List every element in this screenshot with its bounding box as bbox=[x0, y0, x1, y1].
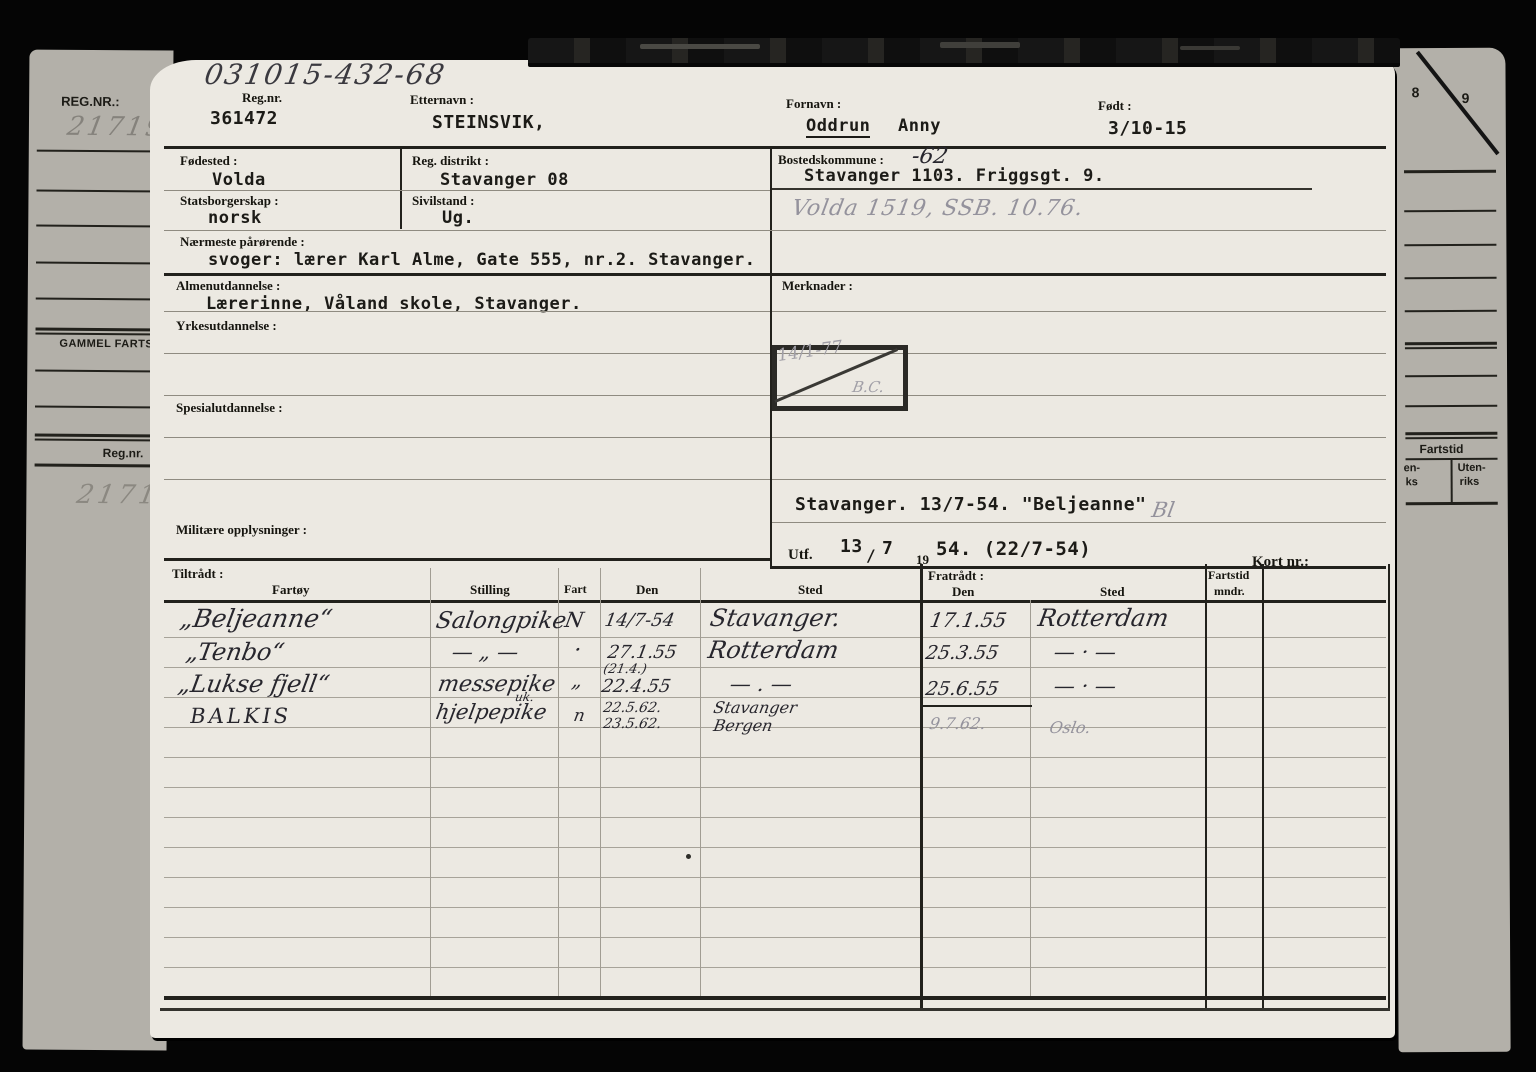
row1-sted: Stavanger. bbox=[708, 604, 843, 632]
cancellation-stamp-box: 14/1-77 B.C. bbox=[772, 345, 908, 411]
right-strip-utenriks-line1: Uten- bbox=[1458, 462, 1486, 474]
row2-fra-den: 25.3.55 bbox=[924, 642, 1000, 664]
utf-slash: / bbox=[866, 546, 876, 565]
row1-fra-den: 17.1.55 bbox=[928, 608, 1009, 632]
ink-dot bbox=[686, 854, 691, 859]
row3-den: 22.4.55 bbox=[600, 676, 672, 697]
table-ruled-lines bbox=[164, 608, 1386, 998]
divider bbox=[1451, 458, 1453, 502]
almenutdannelse-label: Almenutdannelse : bbox=[176, 278, 280, 294]
divider bbox=[36, 333, 168, 336]
row1-fra-sted: Rotterdam bbox=[1036, 604, 1171, 632]
row4-sted2: Bergen bbox=[712, 716, 774, 735]
table-header-stilling: Stilling bbox=[470, 582, 510, 598]
table-header-fartstid: Fartstid bbox=[1208, 568, 1249, 583]
stamp-date-pencil: 14/1-77 bbox=[776, 337, 844, 366]
column-divider bbox=[400, 149, 402, 229]
table-bottom-rule bbox=[164, 996, 1386, 1000]
row3-stilling: messepike bbox=[436, 672, 557, 697]
militare-opplysninger-label: Militære opplysninger : bbox=[176, 522, 307, 538]
section-divider bbox=[164, 558, 772, 561]
row4-den2: 23.5.62. bbox=[602, 716, 663, 732]
background-card-right: 8 9 Fartstid en- ks Uten- riks bbox=[1393, 48, 1510, 1053]
row-line bbox=[164, 190, 770, 191]
row1-fartoy: „Beljeanne“ bbox=[178, 604, 334, 633]
right-strip-num-9: 9 bbox=[1462, 90, 1470, 106]
ship-note-value: Stavanger. 13/7-54. "Beljeanne" bbox=[795, 494, 1146, 515]
divider bbox=[1405, 277, 1497, 279]
table-header-fra-den: Den bbox=[952, 584, 974, 600]
table-col-line bbox=[1030, 600, 1031, 996]
section-divider bbox=[164, 146, 1386, 149]
column-divider bbox=[770, 149, 772, 273]
row4-fra-den-pencil: 9.7.62. bbox=[928, 714, 987, 733]
fodested-value: Volda bbox=[212, 170, 266, 190]
utf-year-value: 54. (22/7-54) bbox=[936, 538, 1091, 560]
row3-sted: — . — bbox=[728, 672, 794, 696]
row1-den: 14/7-54 bbox=[603, 610, 676, 631]
divider bbox=[1404, 210, 1496, 212]
divider bbox=[1404, 170, 1496, 173]
bostedskommune-value: Stavanger 1103. Friggsgt. 9. bbox=[804, 166, 1105, 186]
divider bbox=[1405, 437, 1497, 439]
row-line bbox=[772, 522, 1386, 523]
right-strip-num-8: 8 bbox=[1412, 84, 1420, 100]
divider bbox=[36, 328, 168, 332]
fodt-value: 3/10-15 bbox=[1108, 118, 1187, 139]
statsborgerskap-value: norsk bbox=[208, 208, 262, 228]
table-header-sted: Sted bbox=[798, 582, 823, 598]
table-bottom-rule2 bbox=[160, 1008, 1390, 1011]
row4-den: 22.5.62. bbox=[602, 700, 663, 716]
row3-den-note: (21.4.) bbox=[602, 662, 648, 677]
right-strip-fartstid-label: Fartstid bbox=[1419, 442, 1463, 456]
reg-distrikt-label: Reg. distrikt : bbox=[412, 153, 489, 169]
row3-fratradt-underline bbox=[920, 705, 1032, 707]
table-header-den: Den bbox=[636, 582, 658, 598]
row-line bbox=[772, 437, 1386, 438]
fornavn-rest-value: Anny bbox=[898, 116, 941, 136]
etternavn-value: STEINSVIK, bbox=[432, 112, 545, 133]
table-header-mndr: mndr. bbox=[1214, 584, 1245, 599]
divider bbox=[1405, 405, 1497, 407]
merknader-label: Merknader : bbox=[782, 278, 853, 294]
divider bbox=[1404, 244, 1496, 246]
table-col-line-dark bbox=[1205, 564, 1207, 1010]
right-strip-innenriks-line1: en- bbox=[1404, 462, 1421, 474]
row3-fra-den: 25.6.55 bbox=[924, 678, 1000, 700]
table-right-border bbox=[1388, 564, 1390, 1010]
torn-edge-highlight bbox=[640, 44, 760, 49]
row4-fra-sted-pencil: Oslo. bbox=[1048, 718, 1092, 737]
row-line bbox=[772, 479, 1386, 480]
divider bbox=[1405, 342, 1497, 345]
divider bbox=[35, 406, 167, 409]
table-col-line-thick bbox=[920, 564, 923, 1010]
divider bbox=[35, 464, 167, 468]
torn-edge-highlight bbox=[940, 42, 1020, 48]
table-header-fartoy: Fartøy bbox=[272, 582, 310, 598]
row4-sted: Stavanger bbox=[712, 698, 799, 717]
archive-id-handwritten: 031015-432-68 bbox=[202, 58, 449, 91]
etternavn-label: Etternavn : bbox=[410, 92, 474, 108]
row3-fartoy: „Lukse fjell“ bbox=[176, 670, 332, 698]
row-line bbox=[164, 395, 770, 396]
row-line bbox=[164, 230, 1386, 231]
table-col-line bbox=[700, 568, 701, 996]
sivilstand-label: Sivilstand : bbox=[412, 193, 475, 209]
divider bbox=[1405, 310, 1497, 312]
divider bbox=[1405, 432, 1497, 435]
row2-den: 27.1.55 bbox=[606, 642, 678, 663]
divider bbox=[37, 190, 169, 193]
underline bbox=[772, 188, 1312, 190]
table-col-line bbox=[430, 568, 431, 996]
utf-day-value: 13 bbox=[840, 536, 863, 557]
fodt-label: Født : bbox=[1098, 98, 1132, 114]
table-col-line bbox=[600, 568, 601, 996]
ship-note-pencil-mark: Bl bbox=[1150, 498, 1176, 522]
table-col-line-dark bbox=[1262, 564, 1264, 1010]
table-header-fart: Fart bbox=[564, 582, 587, 597]
row2-stilling: — „ — bbox=[450, 640, 520, 664]
bostedskommune-pencil-note: Volda 1519, SSB. 10.76. bbox=[790, 196, 1086, 221]
row-line bbox=[164, 479, 770, 480]
corner-slash-mark bbox=[1416, 51, 1500, 156]
divider bbox=[1406, 502, 1498, 505]
row-line bbox=[164, 353, 770, 354]
left-strip-regnr-label: REG.NR.: bbox=[61, 94, 120, 109]
divider bbox=[1405, 375, 1497, 377]
row2-fartoy: „Tenbo“ bbox=[184, 638, 286, 666]
table-header-fratradt: Fratrådt : bbox=[928, 568, 984, 584]
parorende-value: svoger: lærer Karl Alme, Gate 555, nr.2.… bbox=[208, 250, 755, 270]
divider bbox=[1405, 347, 1497, 349]
utf-month-value: 7 bbox=[882, 538, 893, 559]
table-header-fra-sted: Sted bbox=[1100, 584, 1125, 600]
section-divider bbox=[770, 566, 1386, 569]
row2-fra-sted: — · — bbox=[1052, 640, 1118, 664]
tiltradt-label: Tiltrådt : bbox=[172, 566, 223, 582]
fornavn-first-value: Oddrun bbox=[806, 116, 870, 138]
statsborgerskap-label: Statsborgerskap : bbox=[180, 193, 279, 209]
sivilstand-value: Ug. bbox=[442, 208, 474, 228]
divider bbox=[36, 298, 168, 301]
yrkesutdannelse-label: Yrkesutdannelse : bbox=[176, 318, 277, 334]
row-line bbox=[164, 311, 770, 312]
left-strip-regnr-small-label: Reg.nr. bbox=[103, 446, 144, 460]
parorende-label: Nærmeste pårørende : bbox=[180, 234, 305, 250]
row1-stilling: Salongpike bbox=[434, 608, 568, 634]
divider bbox=[35, 439, 167, 442]
row2-sted: Rotterdam bbox=[706, 636, 841, 664]
right-strip-innenriks-line2: ks bbox=[1406, 476, 1418, 488]
divider bbox=[35, 370, 167, 373]
regnr-label: Reg.nr. bbox=[242, 90, 282, 106]
spesialutdannelse-label: Spesialutdannelse : bbox=[176, 400, 283, 416]
registry-card: 031015-432-68 Reg.nr. 361472 Etternavn :… bbox=[150, 60, 1395, 1038]
stamp-initials-pencil: B.C. bbox=[851, 378, 886, 396]
regnr-value: 361472 bbox=[210, 108, 278, 129]
row-line bbox=[164, 437, 770, 438]
torn-edge-highlight bbox=[1180, 46, 1240, 50]
divider bbox=[36, 225, 168, 228]
right-strip-utenriks-line2: riks bbox=[1460, 476, 1480, 488]
row3-fra-sted: — · — bbox=[1052, 674, 1118, 698]
divider bbox=[37, 150, 169, 153]
section-divider bbox=[164, 273, 1386, 276]
left-strip-gammel-fartstid-label: GAMMEL FARTSTI bbox=[59, 338, 164, 351]
divider bbox=[36, 262, 168, 265]
reg-distrikt-value: Stavanger 08 bbox=[440, 170, 569, 190]
row-line bbox=[772, 311, 1386, 312]
divider bbox=[35, 434, 167, 438]
fornavn-label: Fornavn : bbox=[786, 96, 841, 112]
utf-label: Utf. bbox=[788, 547, 813, 564]
row4-fartoy: BALKIS bbox=[188, 704, 293, 728]
table-header-rule bbox=[164, 600, 1386, 603]
row4-stilling-note: uk. bbox=[514, 690, 535, 704]
fodested-label: Fødested : bbox=[180, 153, 237, 169]
